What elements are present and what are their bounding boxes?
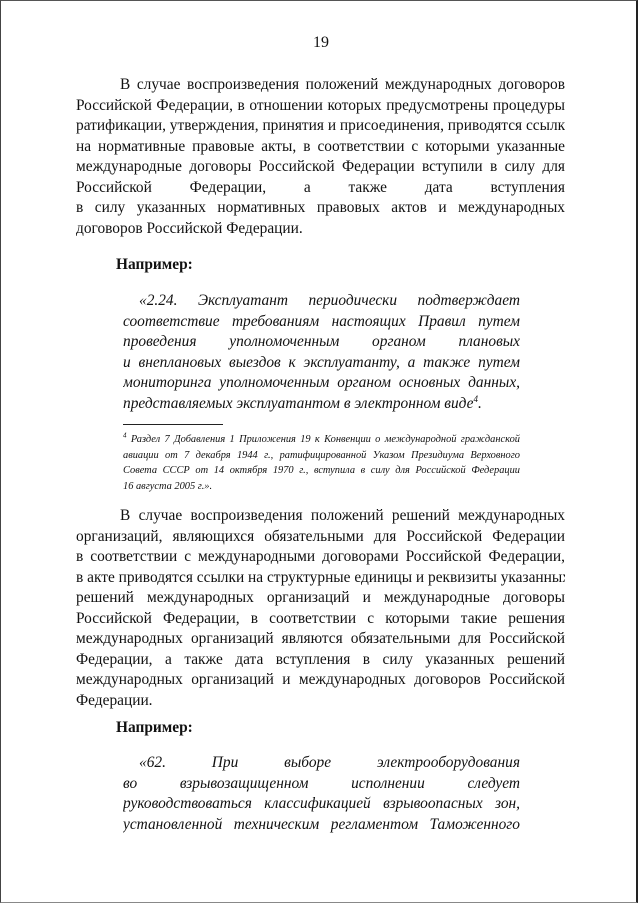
quote-line: «2.24. Эксплуатант периодически подтверж… [123, 291, 520, 312]
quote-block: «62. При выборе электрооборудования во в… [123, 753, 520, 835]
text-line: договоров Российской Федерации. [76, 219, 565, 240]
paragraph-decisions: В случае воспроизведения положений решен… [76, 506, 565, 711]
footnote-line: авиации от 7 декабря 1944 г., ратифициро… [123, 448, 520, 464]
text-line: в силу указанных нормативных правовых ак… [76, 198, 565, 219]
text-line: международные договоры Российской Федера… [76, 157, 565, 178]
text-line: Федерации. [76, 691, 565, 712]
text-line: в соответствии с международными договора… [76, 547, 565, 568]
text-line: Российской Федерации, а также дата вступ… [76, 178, 565, 199]
footnote-line: 4 Раздел 7 Добавления 1 Приложения 19 к … [123, 432, 520, 448]
quote-line: «62. При выборе электрооборудования [123, 753, 520, 774]
quote-line: проведения уполномоченным органом планов… [123, 332, 520, 353]
text-line: Федерации, а также дата вступления в сил… [76, 650, 565, 671]
text-line: в акте приводятся ссылки на структурные … [76, 568, 565, 589]
quote-end: . [478, 395, 482, 412]
text-line: международных организаций являются обяза… [76, 629, 565, 650]
quote-line: соответствие требованиям настоящих Прави… [123, 312, 520, 333]
footnote-marker: 4 [123, 432, 127, 440]
text-line: В случае воспроизведения положений решен… [76, 506, 565, 527]
text-line: Российской Федерации, в соответствии с к… [76, 609, 565, 630]
footnote: 4 Раздел 7 Добавления 1 Приложения 19 к … [123, 432, 520, 494]
footnote-separator [123, 424, 223, 425]
page-number: 19 [1, 34, 640, 52]
document-page: 19 В случае воспроизведения положений ме… [0, 0, 638, 903]
paragraph-treaties: В случае воспроизведения положений между… [76, 75, 565, 239]
quote-line: руководствоваться классификацией взрывоо… [123, 794, 520, 815]
quote-line: и внеплановых выездов к эксплуатанту, а … [123, 353, 520, 374]
quote-block: «2.24. Эксплуатант периодически подтверж… [123, 291, 520, 414]
text-line: В случае воспроизведения положений между… [76, 75, 565, 96]
text-line: международных организаций и международны… [76, 670, 565, 691]
quote-line: во взрывозащищенном исполнении следует [123, 774, 520, 795]
quote-line-last: представляемых эксплуатантом в электронн… [123, 394, 520, 415]
text-line: организаций, являющихся обязательными дл… [76, 527, 565, 548]
example-heading: Например: [116, 719, 193, 737]
text-line: Российской Федерации, в отношении которы… [76, 96, 565, 117]
text-line: ратификации, утверждения, принятия и при… [76, 116, 565, 137]
footnote-line: 16 августа 2005 г.». [123, 479, 520, 495]
text-line: решений международных организаций и межд… [76, 588, 565, 609]
quote-line: установленной техническим регламентом Та… [123, 815, 520, 836]
quote-line: мониторинга уполномоченным органом основ… [123, 373, 520, 394]
example-heading: Например: [116, 256, 193, 274]
text-line: на нормативные правовые акты, в соответс… [76, 137, 565, 158]
quote-text: представляемых эксплуатантом в электронн… [123, 395, 473, 412]
footnote-line: Совета СССР от 14 октября 1970 г., вступ… [123, 463, 520, 479]
